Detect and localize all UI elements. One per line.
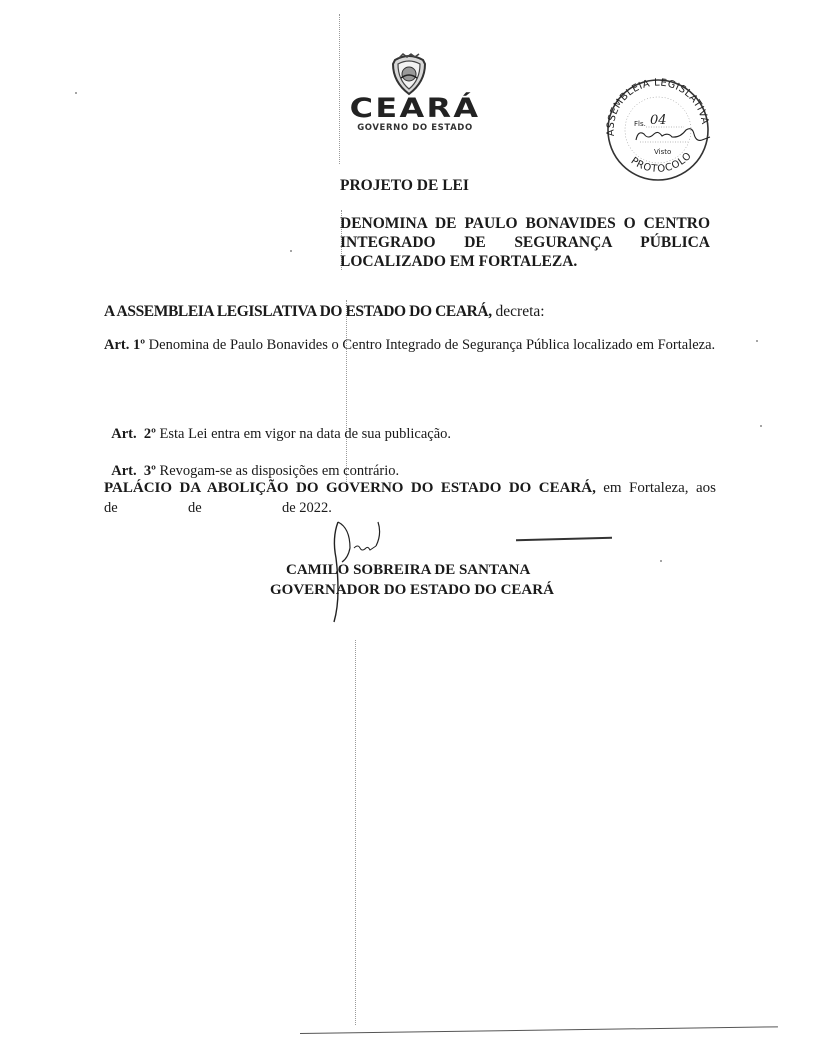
state-government-logo: CEARÁ GOVERNO DO ESTADO	[340, 96, 490, 133]
svg-text:Visto: Visto	[654, 148, 671, 156]
enacting-verb: decreta:	[492, 303, 545, 320]
scan-speck	[660, 560, 662, 562]
article-text: Revogam-se as disposições em contrário.	[156, 463, 399, 479]
date-month-part: de	[188, 498, 202, 518]
date-year-part: de 2022.	[282, 498, 332, 518]
scan-speck	[75, 92, 77, 94]
svg-text:Fls.: Fls.	[634, 120, 646, 128]
document-title: PROJETO DE LEI	[340, 177, 469, 195]
enacting-authority: A ASSEMBLEIA LEGISLATIVA DO ESTADO DO CE…	[104, 303, 492, 320]
scan-speck	[290, 250, 292, 252]
article-label: Art. 2º	[111, 426, 156, 442]
signer-block: CAMILO SOBREIRA DE SANTANA GOVERNADOR DO…	[270, 560, 560, 600]
bill-summary-line: INTEGRADO DE SEGURANÇA PÚBLICA	[340, 233, 710, 252]
article-2: Art. 2º Esta Lei entra em vigor na data …	[104, 404, 716, 444]
fold-line	[339, 14, 340, 164]
bill-summary-line: LOCALIZADO EM FORTALEZA.	[340, 252, 710, 271]
closing-place: PALÁCIO DA ABOLIÇÃO DO GOVERNO DO ESTADO…	[104, 480, 596, 496]
protocol-stamp: ASSEMBLEIA LEGISLATIVA DO CEARÁ PROTOCOL…	[598, 74, 716, 186]
article-3: Art. 3º Revogam-se as disposições em con…	[104, 441, 716, 481]
enacting-clause: A ASSEMBLEIA LEGISLATIVA DO ESTADO DO CE…	[104, 302, 716, 322]
article-text: Esta Lei entra em vigor na data de sua p…	[156, 426, 451, 442]
svg-text:04: 04	[650, 113, 667, 128]
article-1: Art. 1º Denomina de Paulo Bonavides o Ce…	[104, 335, 716, 355]
bill-summary-line: DENOMINA DE PAULO BONAVIDES O CENTRO	[340, 214, 710, 233]
brand-name: CEARÁ	[327, 96, 504, 122]
article-label: Art. 3º	[111, 463, 156, 479]
date-day-part: de	[104, 498, 118, 518]
brand-subtitle: GOVERNO DO ESTADO	[340, 123, 490, 133]
scan-speck	[756, 340, 758, 342]
signature-stroke	[516, 537, 612, 542]
signer-name: CAMILO SOBREIRA DE SANTANA	[270, 560, 560, 580]
closing-location: em Fortaleza, aos	[596, 480, 716, 496]
article-label: Art. 1º	[104, 337, 145, 353]
bill-summary: DENOMINA DE PAULO BONAVIDES O CENTRO INT…	[340, 214, 710, 271]
fold-line	[355, 640, 356, 1025]
closing-clause: PALÁCIO DA ABOLIÇÃO DO GOVERNO DO ESTADO…	[104, 478, 716, 498]
signer-role: GOVERNADOR DO ESTADO DO CEARÁ	[270, 582, 554, 598]
footer-rule	[300, 1026, 778, 1034]
ceara-coat-of-arms-icon	[385, 52, 433, 96]
article-text: Denomina de Paulo Bonavides o Centro Int…	[145, 337, 715, 353]
scan-speck	[760, 425, 762, 427]
